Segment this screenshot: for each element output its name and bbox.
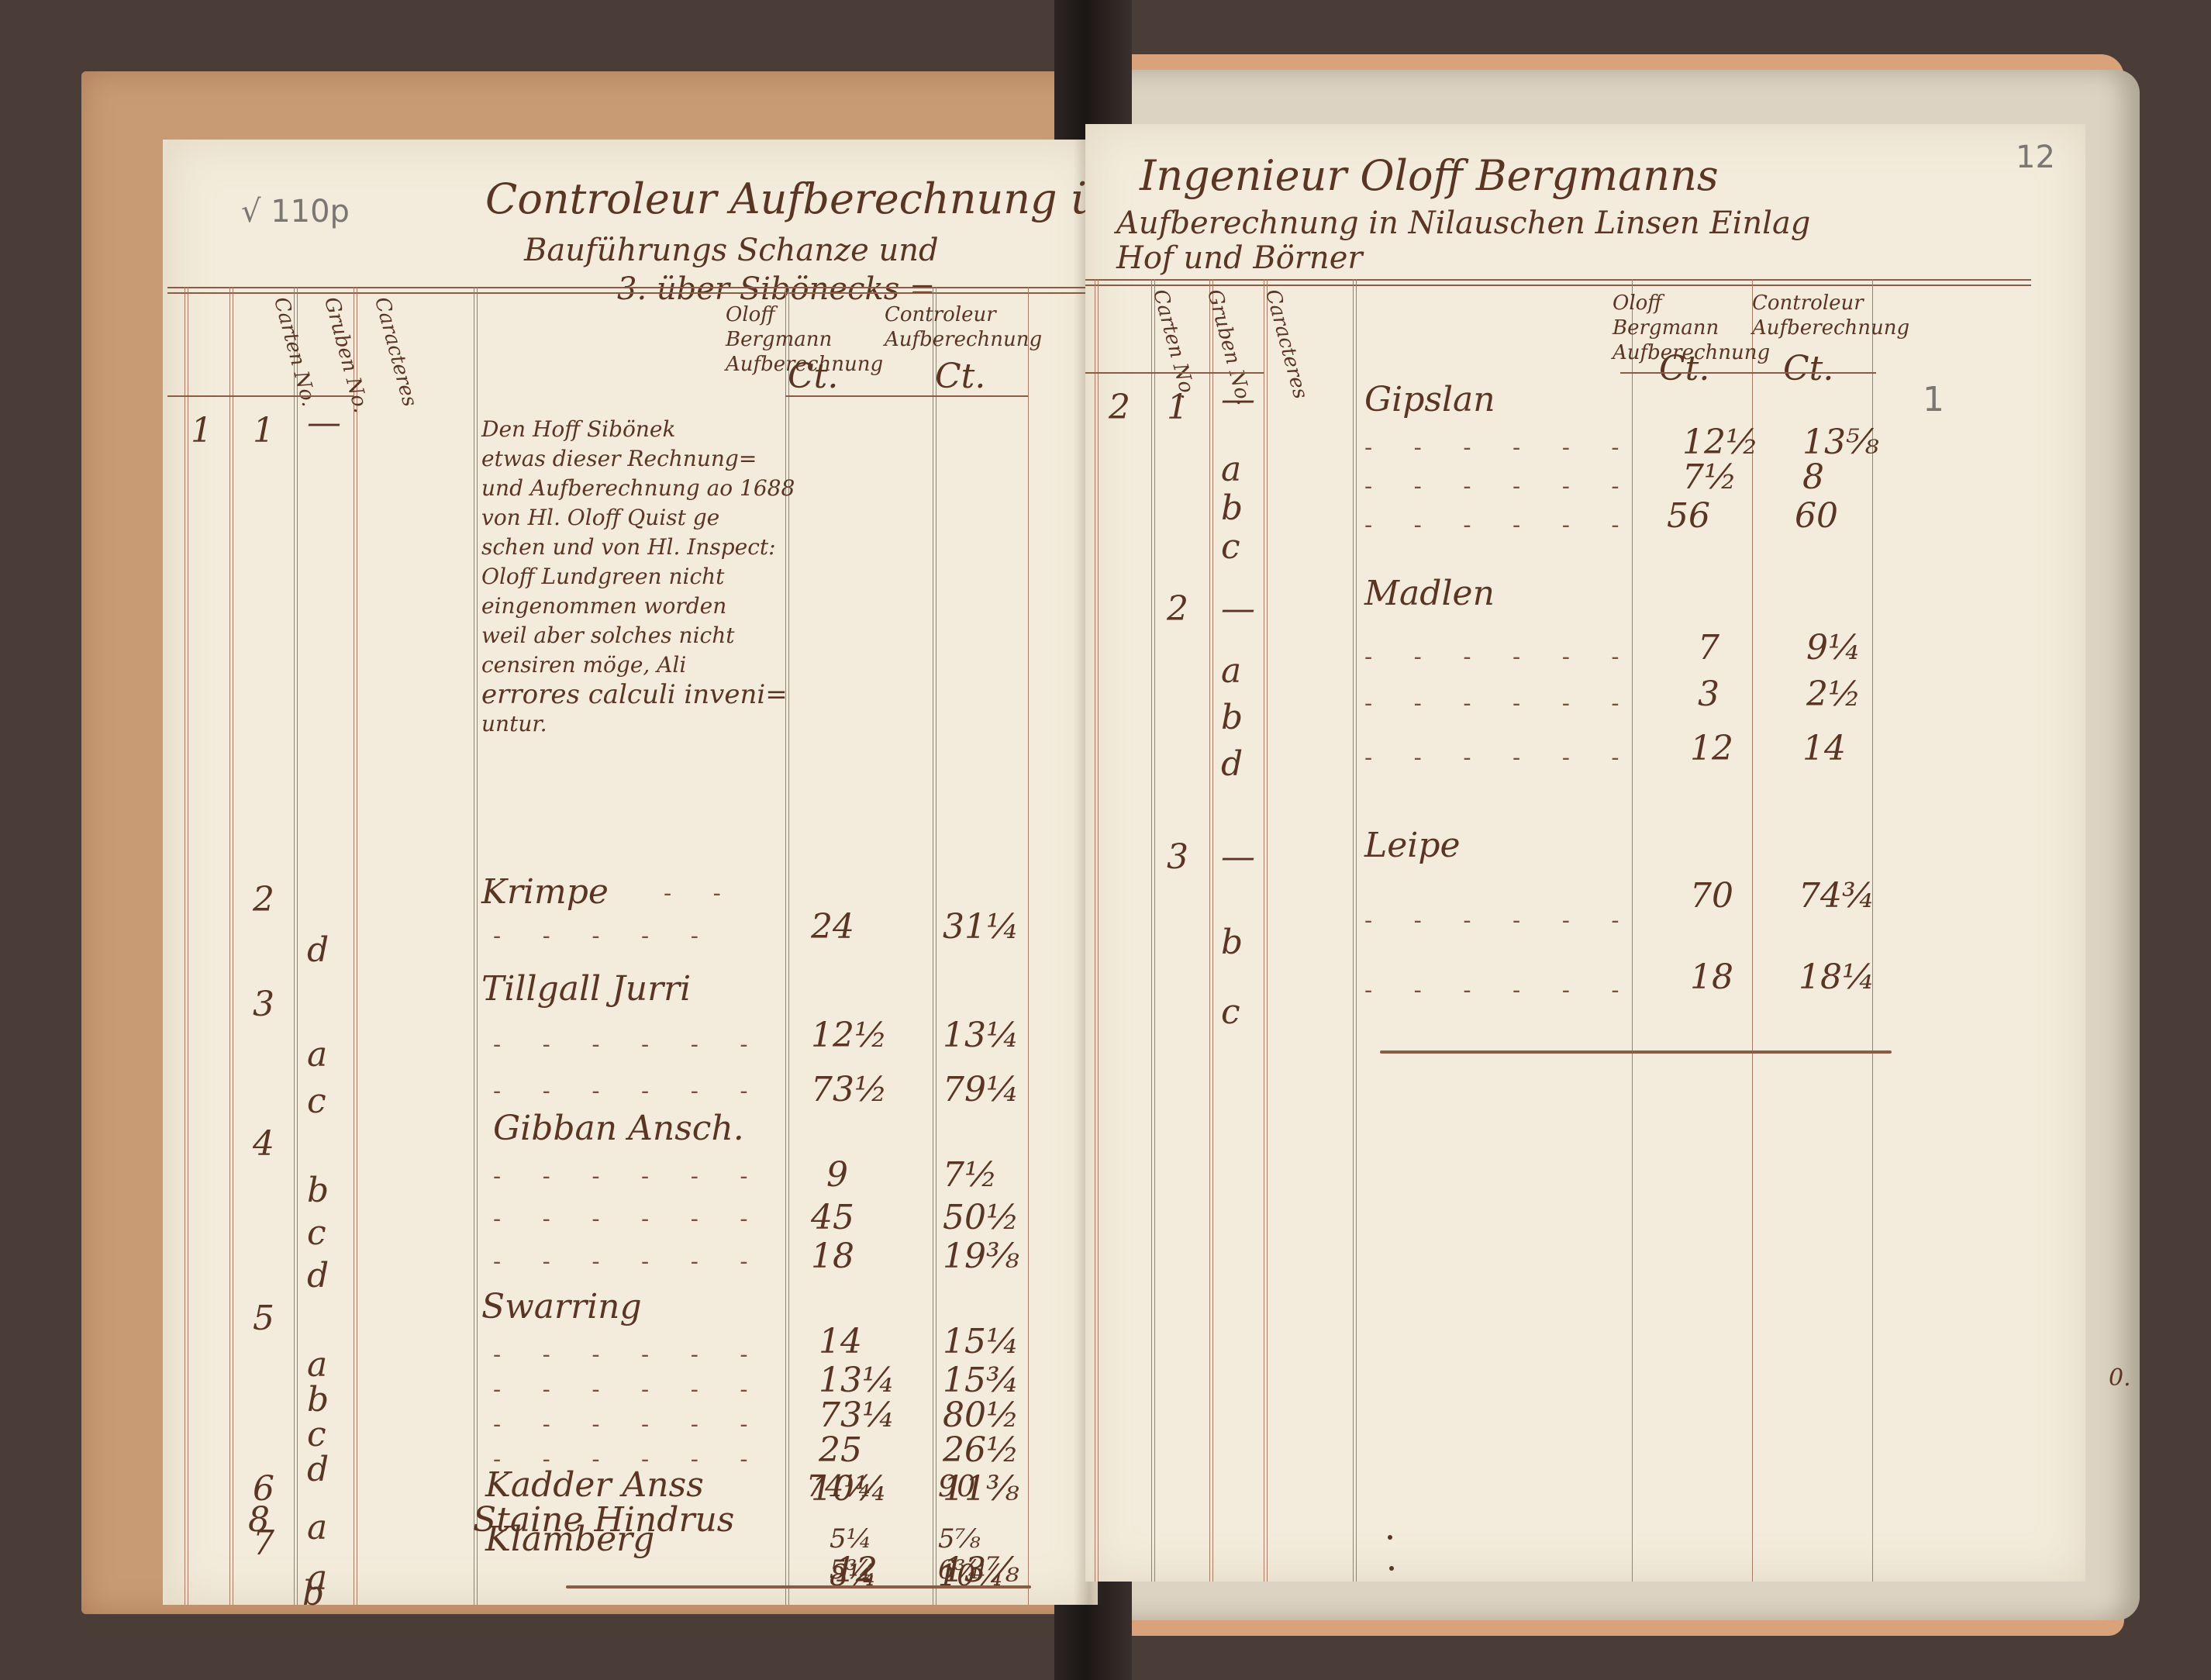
col-rule <box>1028 287 1029 1605</box>
subheader-rule <box>167 395 354 397</box>
site-name: Staine Hindrus <box>473 1500 734 1540</box>
bergmann-value: 73¼ <box>819 1395 895 1435</box>
controleur-value: 5⅞ <box>938 1523 981 1554</box>
controleur-value: 74¾ <box>1799 876 1875 916</box>
leader-dashes: - - - - - - <box>493 1206 765 1233</box>
ink-dot <box>1388 1535 1392 1540</box>
gruben-no: 3 <box>253 985 274 1024</box>
bergmann-value: 24 <box>811 907 854 947</box>
col-rule <box>354 287 354 1605</box>
heading-left-line2: Bauführungs Schanze und <box>524 233 939 268</box>
caractere: a <box>1221 450 1241 489</box>
leader-dashes: - - - - - - <box>493 1341 765 1368</box>
controleur-value: 31¼ <box>943 907 1019 947</box>
bergmann-value: 18 <box>1690 957 1733 997</box>
pencil-folio-mark: √ 110p <box>241 194 350 229</box>
bergmann-value: 45 <box>811 1198 854 1237</box>
controleur-value: 6¾ <box>938 1554 981 1585</box>
col-header-controleur: Controleur Aufberechnung <box>1752 291 1884 340</box>
site-name: Swarring <box>481 1287 642 1326</box>
bergmann-value: 12 <box>1690 729 1733 768</box>
caractere: c <box>1221 527 1240 567</box>
note-block: Den Hoff Sibönek etwas dieser Rechnung= … <box>481 415 784 739</box>
gruben-no: 2 <box>1167 589 1188 629</box>
leader-dashes: - - - - - - <box>1364 977 1637 1004</box>
leader-dashes: - - <box>664 880 738 907</box>
bergmann-value: 12½ <box>1682 423 1759 462</box>
bergmann-value: 73½ <box>811 1070 888 1109</box>
site-name: Gibban Ansch. <box>493 1109 744 1148</box>
closing-rule <box>1380 1050 1892 1054</box>
closing-rule <box>566 1585 1031 1589</box>
col-rule <box>1752 279 1753 1582</box>
caractere: — <box>1221 589 1255 629</box>
col-header-caractere: Caracteres <box>370 295 421 409</box>
col-header-caractere: Caracteres <box>1261 287 1312 402</box>
ink-dot <box>1389 1566 1394 1571</box>
caractere: a <box>307 1345 327 1385</box>
caractere: b <box>307 1380 329 1420</box>
bergmann-value: 14 <box>819 1322 862 1361</box>
controleur-value: 19⅜ <box>943 1237 1019 1276</box>
bergmann-value: 70 <box>1690 876 1733 916</box>
caractere: — <box>307 403 341 443</box>
caractere: c <box>1221 992 1240 1032</box>
caractere: a <box>307 1035 327 1075</box>
unit-bergmann: Ct. <box>788 357 838 396</box>
note-line: eingenommen worden <box>481 592 784 621</box>
leader-dashes: - - - - - - <box>1364 434 1637 461</box>
col-header-carten: Carten No. <box>269 295 320 409</box>
controleur-value: 80½ <box>943 1395 1019 1435</box>
gruben-no: 5 <box>253 1299 274 1338</box>
controleur-value: 14 <box>1802 729 1846 768</box>
controleur-value: 18¼ <box>1799 957 1875 997</box>
heading-right-line1: Ingenieur Oloff Bergmanns <box>1140 151 1719 200</box>
gruben-no: 1 <box>253 411 274 450</box>
site-name: Leipe <box>1364 826 1461 865</box>
col-rule <box>1353 279 1354 1582</box>
leader-dashes: - - - - - - <box>493 1411 765 1438</box>
left-page-tail: 74¼ 90 8 Staine Hindrus 5¼ 5⅞ 5¾ 6¾ <box>163 1477 1093 1601</box>
caractere: b <box>1221 698 1243 737</box>
leader-dashes: - - - - - - <box>1364 643 1637 671</box>
controleur-value: 13⅝ <box>1802 423 1879 462</box>
controleur-value: 90 <box>938 1469 975 1503</box>
edge-mark: 0. <box>2109 1364 2131 1392</box>
header-rule <box>167 287 1098 288</box>
note-line: von Hl. Oloff Quist ge <box>481 503 784 533</box>
site-name: Tillgall Jurri <box>481 969 691 1009</box>
col-header-carten: Carten No. <box>1148 287 1199 402</box>
col-rule <box>1264 279 1264 1582</box>
caractere: b <box>1221 488 1243 528</box>
header-rule <box>1085 279 2031 281</box>
unit-controleur: Ct. <box>935 357 985 396</box>
bergmann-value: 5¾ <box>830 1554 872 1585</box>
col-rule <box>1872 279 1873 1582</box>
col-rule <box>933 287 933 1605</box>
right-page: 12 Ingenieur Oloff Bergmanns Aufberechnu… <box>1085 124 2085 1582</box>
leader-dashes: - - - - - - <box>1364 690 1637 717</box>
leader-dashes: - - - - - - <box>493 1078 765 1105</box>
bergmann-value: 74¼ <box>806 1469 872 1503</box>
site-name: Gipslan <box>1364 380 1495 419</box>
caractere: — <box>1221 837 1255 877</box>
caractere: a <box>1221 651 1241 691</box>
caractere: d <box>1221 744 1243 784</box>
controleur-value: 13¼ <box>943 1016 1019 1055</box>
leader-dashes: - - - - - - <box>1364 907 1637 934</box>
col-rule <box>229 287 230 1605</box>
leader-dashes: - - - - - - <box>1364 744 1637 771</box>
controleur-value: 79¼ <box>943 1070 1019 1109</box>
controleur-value: 60 <box>1795 496 1838 536</box>
subheader-rule <box>1085 372 1264 374</box>
bergmann-value: 5¼ <box>830 1523 872 1554</box>
caractere: b <box>1221 923 1243 962</box>
site-name: Krimpe <box>481 872 609 912</box>
note-line: schen und von Hl. Inspect: <box>481 533 784 562</box>
controleur-value: 9¼ <box>1806 628 1861 668</box>
note-line: etwas dieser Rechnung= <box>481 444 784 474</box>
heading-right-line3: Hof und Börner <box>1116 240 1362 276</box>
unit-bergmann: Ct. <box>1659 349 1709 388</box>
bergmann-value: 7½ <box>1682 457 1737 497</box>
heading-left-line1: Controleur Aufberechnung über <box>485 174 1169 223</box>
leader-dashes: - - - - - - <box>493 1248 765 1275</box>
margin-mark: 1 <box>1923 380 1944 419</box>
site-name: Madlen <box>1364 574 1495 613</box>
leader-dashes: - - - - - <box>493 923 716 950</box>
col-rule <box>185 287 185 1605</box>
subheader-rule <box>1620 372 1876 374</box>
leader-dashes: - - - - - - <box>493 1031 765 1058</box>
caractere: d <box>307 1256 329 1295</box>
note-line: Oloff Lundgreen nicht <box>481 562 784 592</box>
leader-dashes: - - - - - - <box>493 1376 765 1403</box>
gruben-no: 4 <box>253 1124 274 1164</box>
bergmann-value: 13¼ <box>819 1361 895 1400</box>
heading-right-line2: Aufberechnung in Nilauschen Linsen Einla… <box>1116 205 1810 241</box>
gruben-no: 8 <box>248 1500 270 1540</box>
subheader-rule <box>785 395 1028 397</box>
col-rule <box>1151 279 1152 1582</box>
controleur-value: 50½ <box>943 1198 1019 1237</box>
caractere: d <box>307 930 329 970</box>
controleur-value: 26½ <box>943 1430 1019 1470</box>
carten-no: 2 <box>1109 388 1130 427</box>
note-line: censiren möge, Ali <box>481 650 784 680</box>
note-line: und Aufberechnung ao 1688 <box>481 474 784 503</box>
left-page: √ 110p Controleur Aufberechnung über Bau… <box>163 140 1098 1605</box>
caractere: c <box>307 1415 326 1454</box>
header-rule-2 <box>167 292 1098 294</box>
bergmann-value: 7 <box>1698 628 1719 668</box>
bergmann-value: 12½ <box>811 1016 888 1055</box>
controleur-value: 2½ <box>1806 674 1861 714</box>
bergmann-value: 9 <box>826 1155 848 1195</box>
col-rule <box>1095 279 1095 1582</box>
carten-no: 1 <box>191 411 212 450</box>
bergmann-value: 25 <box>819 1430 862 1470</box>
note-line: untur. <box>481 709 784 739</box>
gruben-no: 1 <box>1167 388 1188 427</box>
caractere: c <box>307 1213 326 1253</box>
header-rule-2 <box>1085 285 2031 286</box>
caractere: b <box>307 1171 329 1210</box>
caractere: — <box>1221 380 1255 419</box>
gruben-no: 3 <box>1167 837 1188 877</box>
controleur-value: 15¾ <box>943 1361 1019 1400</box>
note-line: errores calculi inveni= <box>481 680 784 709</box>
leader-dashes: - - - - - - <box>493 1163 765 1190</box>
note-line: Den Hoff Sibönek <box>481 415 784 444</box>
controleur-value: 15¼ <box>943 1322 1019 1361</box>
bergmann-value: 56 <box>1667 496 1710 536</box>
bergmann-value: 18 <box>811 1237 854 1276</box>
bergmann-value: 3 <box>1698 674 1719 714</box>
col-rule <box>1209 279 1210 1582</box>
col-rule <box>474 287 474 1605</box>
col-header-controleur: Controleur Aufberechnung <box>885 302 1024 352</box>
col-header-gruben: Gruben No. <box>319 295 373 416</box>
note-line: weil aber solches nicht <box>481 621 784 650</box>
col-rule <box>294 287 295 1605</box>
leader-dashes: - - - - - - <box>1364 473 1637 500</box>
controleur-value: 8 <box>1802 457 1824 497</box>
page-number: 12 <box>2016 140 2055 175</box>
caractere: c <box>307 1081 326 1121</box>
controleur-value: 7½ <box>943 1155 998 1195</box>
leader-dashes: - - - - - - <box>1364 512 1637 539</box>
unit-controleur: Ct. <box>1783 349 1833 388</box>
gruben-no: 2 <box>253 880 274 919</box>
